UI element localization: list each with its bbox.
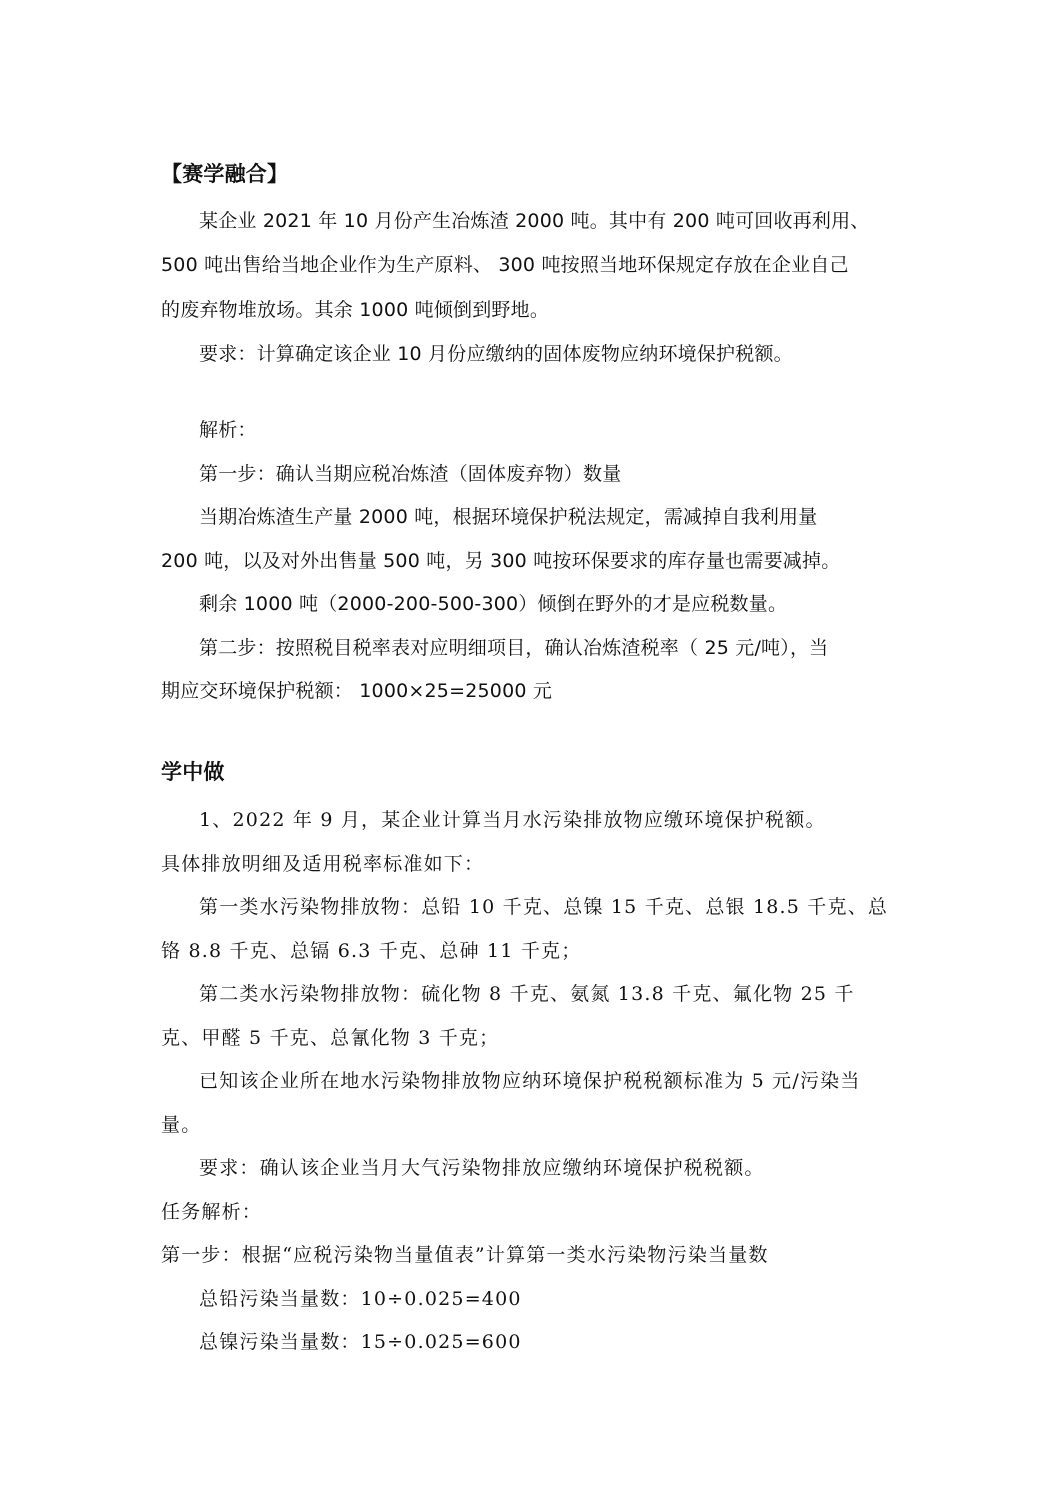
analysis-line-6: 期应交环境保护税额： 1000×25=25000 元	[161, 679, 552, 703]
step-line-1: 第一步：根据“应税污染物当量值表”计算第一类水污染物污染当量数	[161, 1243, 769, 1267]
question-line-5: 第二类水污染物排放物：硫化物 8 千克、氨氮 13.8 千克、氟化物 25 千	[199, 982, 855, 1006]
question-line-7: 已知该企业所在地水污染物排放物应纳环境保护税税额标准为 5 元/污染当	[199, 1069, 861, 1093]
analysis-line-3: 200 吨，以及对外出售量 500 吨，另 300 吨按环保要求的库存量也需要减…	[161, 549, 840, 573]
step-line-2: 总铅污染当量数：10÷0.025=400	[199, 1287, 522, 1311]
problem-line-2: 500 吨出售给当地企业作为生产原料、 300 吨按照当地环保规定存放在企业自己	[161, 253, 849, 277]
analysis-line-5: 第二步：按照税目税率表对应明细项目，确认冶炼渣税率（ 25 元/吨），当	[199, 636, 828, 660]
problem-line-3: 的废弃物堆放场。其余 1000 吨倾倒到野地。	[161, 298, 549, 322]
requirement-line: 要求：计算确定该企业 10 月份应缴纳的固体废物应纳环境保护税额。	[199, 342, 793, 366]
question-line-2: 具体排放明细及适用税率标准如下：	[161, 852, 484, 876]
section-title-learn-by-doing: 学中做	[161, 760, 225, 784]
section-title-competition: 【赛学融合】	[161, 162, 288, 186]
analysis-line-1: 第一步：确认当期应税冶炼渣（固体废弃物）数量	[199, 462, 621, 486]
question-line-3: 第一类水污染物排放物：总铅 10 千克、总镍 15 千克、总银 18.5 千克、…	[199, 895, 888, 919]
analysis-line-4: 剩余 1000 吨（2000-200-500-300）倾倒在野外的才是应税数量。	[199, 592, 787, 616]
document-page: 【赛学融合】 某企业 2021 年 10 月份产生冶炼渣 2000 吨。其中有 …	[0, 0, 1059, 1497]
question-line-8: 量。	[161, 1113, 201, 1137]
question-line-1: 1、2022 年 9 月，某企业计算当月水污染排放物应缴环境保护税额。	[199, 808, 826, 832]
question-line-4: 铬 8.8 千克、总镉 6.3 千克、总砷 11 千克；	[161, 939, 581, 963]
question-line-6: 克、甲醛 5 千克、总氰化物 3 千克；	[161, 1026, 499, 1050]
step-line-3: 总镍污染当量数：15÷0.025=600	[199, 1330, 522, 1354]
problem-line-1: 某企业 2021 年 10 月份产生冶炼渣 2000 吨。其中有 200 吨可回…	[199, 209, 869, 233]
task-label: 任务解析：	[161, 1200, 262, 1224]
analysis-label: 解析：	[199, 418, 257, 442]
question-line-9: 要求：确认该企业当月大气污染物排放应缴纳环境保护税税额。	[199, 1156, 765, 1180]
analysis-line-2: 当期冶炼渣生产量 2000 吨，根据环境保护税法规定，需减掉自我利用量	[199, 505, 817, 529]
